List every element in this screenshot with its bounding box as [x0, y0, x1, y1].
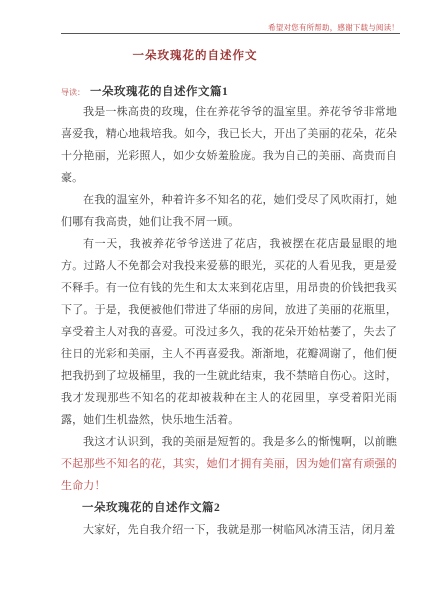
paragraph: 我是一株高贵的玫瑰，住在养花爷爷的温室里。养花爷爷非常地喜爱我，精心地栽培我。如… — [61, 101, 397, 189]
essay1-heading: 一朵玫瑰花的自述作文篇1 — [90, 86, 228, 98]
closing-black-text: 我这才认识到，我的美丽是短暂的。我是多么的惭愧啊，以前瞧 — [83, 436, 397, 448]
closing-paragraph: 我这才认识到，我的美丽是短暂的。我是多么的惭愧啊，以前瞧不起那些不知名的花，其实… — [61, 431, 397, 497]
closing-red-text: 不起那些不知名的花，其实，她们才拥有美丽，因为她们富有顽强的生命力！ — [61, 458, 397, 492]
lead-label: 导读： — [61, 88, 85, 97]
paragraph: 大家好，先自我介绍一下，我就是那一树临风冰清玉洁，闭月羞 — [61, 519, 397, 541]
paragraph: 有一天，我被养花爷爷送进了花店，我被摆在花店最显眼的地方。过路人不免都会对我投来… — [61, 233, 397, 431]
document-page: 希望对您有所帮助，感谢下载与阅读！ 一朵玫瑰花的自述作文 导读：一朵玫瑰花的自述… — [0, 0, 424, 600]
document-body: 导读：一朵玫瑰花的自述作文篇1 我是一株高贵的玫瑰，住在养花爷爷的温室里。养花爷… — [61, 81, 397, 541]
header-note: 希望对您有所帮助，感谢下载与阅读！ — [268, 22, 399, 33]
header-divider — [61, 33, 400, 34]
essay2-heading: 一朵玫瑰花的自述作文篇2 — [61, 497, 397, 519]
paragraph: 在我的温室外，种着许多不知名的花，她们受尽了风吹雨打，她们哪有我高贵，她们让我不… — [61, 189, 397, 233]
document-title: 一朵玫瑰花的自述作文 — [30, 47, 360, 63]
lead-line: 导读：一朵玫瑰花的自述作文篇1 — [61, 81, 397, 101]
